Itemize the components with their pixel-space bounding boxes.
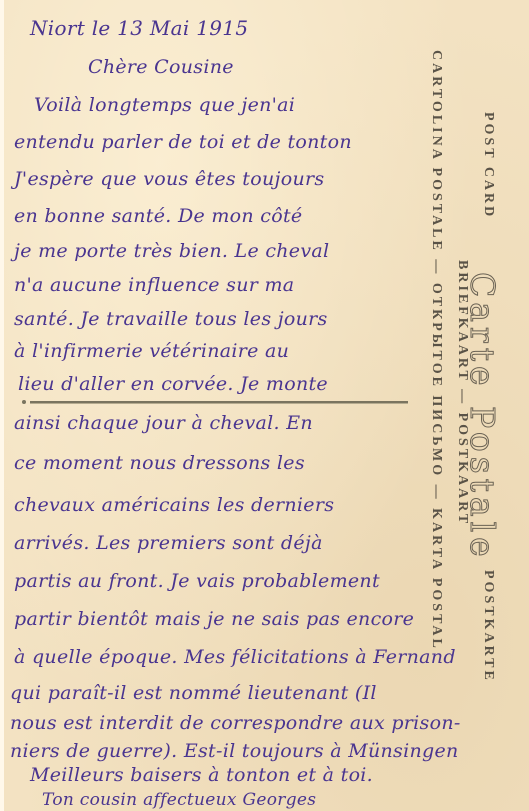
letter-line: niers de guerre). Est-il toujours à Müns…: [10, 740, 459, 762]
carte-postale-title: Carte Postale: [463, 272, 502, 562]
letter-line: en bonne santé. De mon côté: [14, 205, 302, 227]
letter-line: ainsi chaque jour à cheval. En: [14, 412, 313, 434]
card-edge: [0, 0, 4, 811]
letter-line: lieu d'aller en corvée. Je monte: [18, 373, 328, 395]
letter-line: nous est interdit de correspondre aux pr…: [10, 712, 461, 734]
letter-line: chevaux américains les derniers: [14, 494, 334, 516]
letter-line: J'espère que vous êtes toujours: [14, 168, 324, 190]
cartolina-text: CARTOLINA POSTALE — ОТКРЫТОЕ ПИСЬМО — KA…: [428, 50, 444, 651]
post-card-text: POST CARD: [480, 112, 496, 219]
letter-salutation: Chère Cousine: [88, 56, 234, 78]
letter-signature: Ton cousin affectueux Georges: [42, 790, 316, 810]
letter-line: à l'infirmerie vétérinaire au: [14, 340, 289, 362]
letter-line: santé. Je travaille tous les jours: [14, 308, 328, 330]
letter-line: qui paraît-il est nommé lieutenant (Il: [10, 682, 377, 704]
letter-line: arrivés. Les premiers sont déjà: [14, 532, 323, 554]
letter-date: Niort le 13 Mai 1915: [30, 16, 248, 40]
letter-line: ce moment nous dressons les: [14, 452, 305, 474]
letter-line: partir bientôt mais je ne sais pas encor…: [14, 608, 414, 630]
letter-line: n'a aucune influence sur ma: [14, 274, 294, 296]
postkarte-text: POSTKARTE: [480, 570, 496, 683]
letter-line: Voilà longtemps que jen'ai: [34, 94, 295, 116]
letter-line: à quelle époque. Mes félicitations à Fer…: [14, 646, 456, 668]
postcard: CARTOLINA POSTALE — ОТКРЫТОЕ ПИСЬМО — KA…: [0, 0, 529, 811]
letter-line: partis au front. Je vais probablement: [14, 570, 380, 592]
letter-closing: Meilleurs baisers à tonton et à toi.: [30, 764, 373, 786]
letter-line: entendu parler de toi et de tonton: [14, 131, 352, 153]
address-divider-line: [30, 401, 408, 404]
letter-line: je me porte très bien. Le cheval: [14, 240, 329, 262]
